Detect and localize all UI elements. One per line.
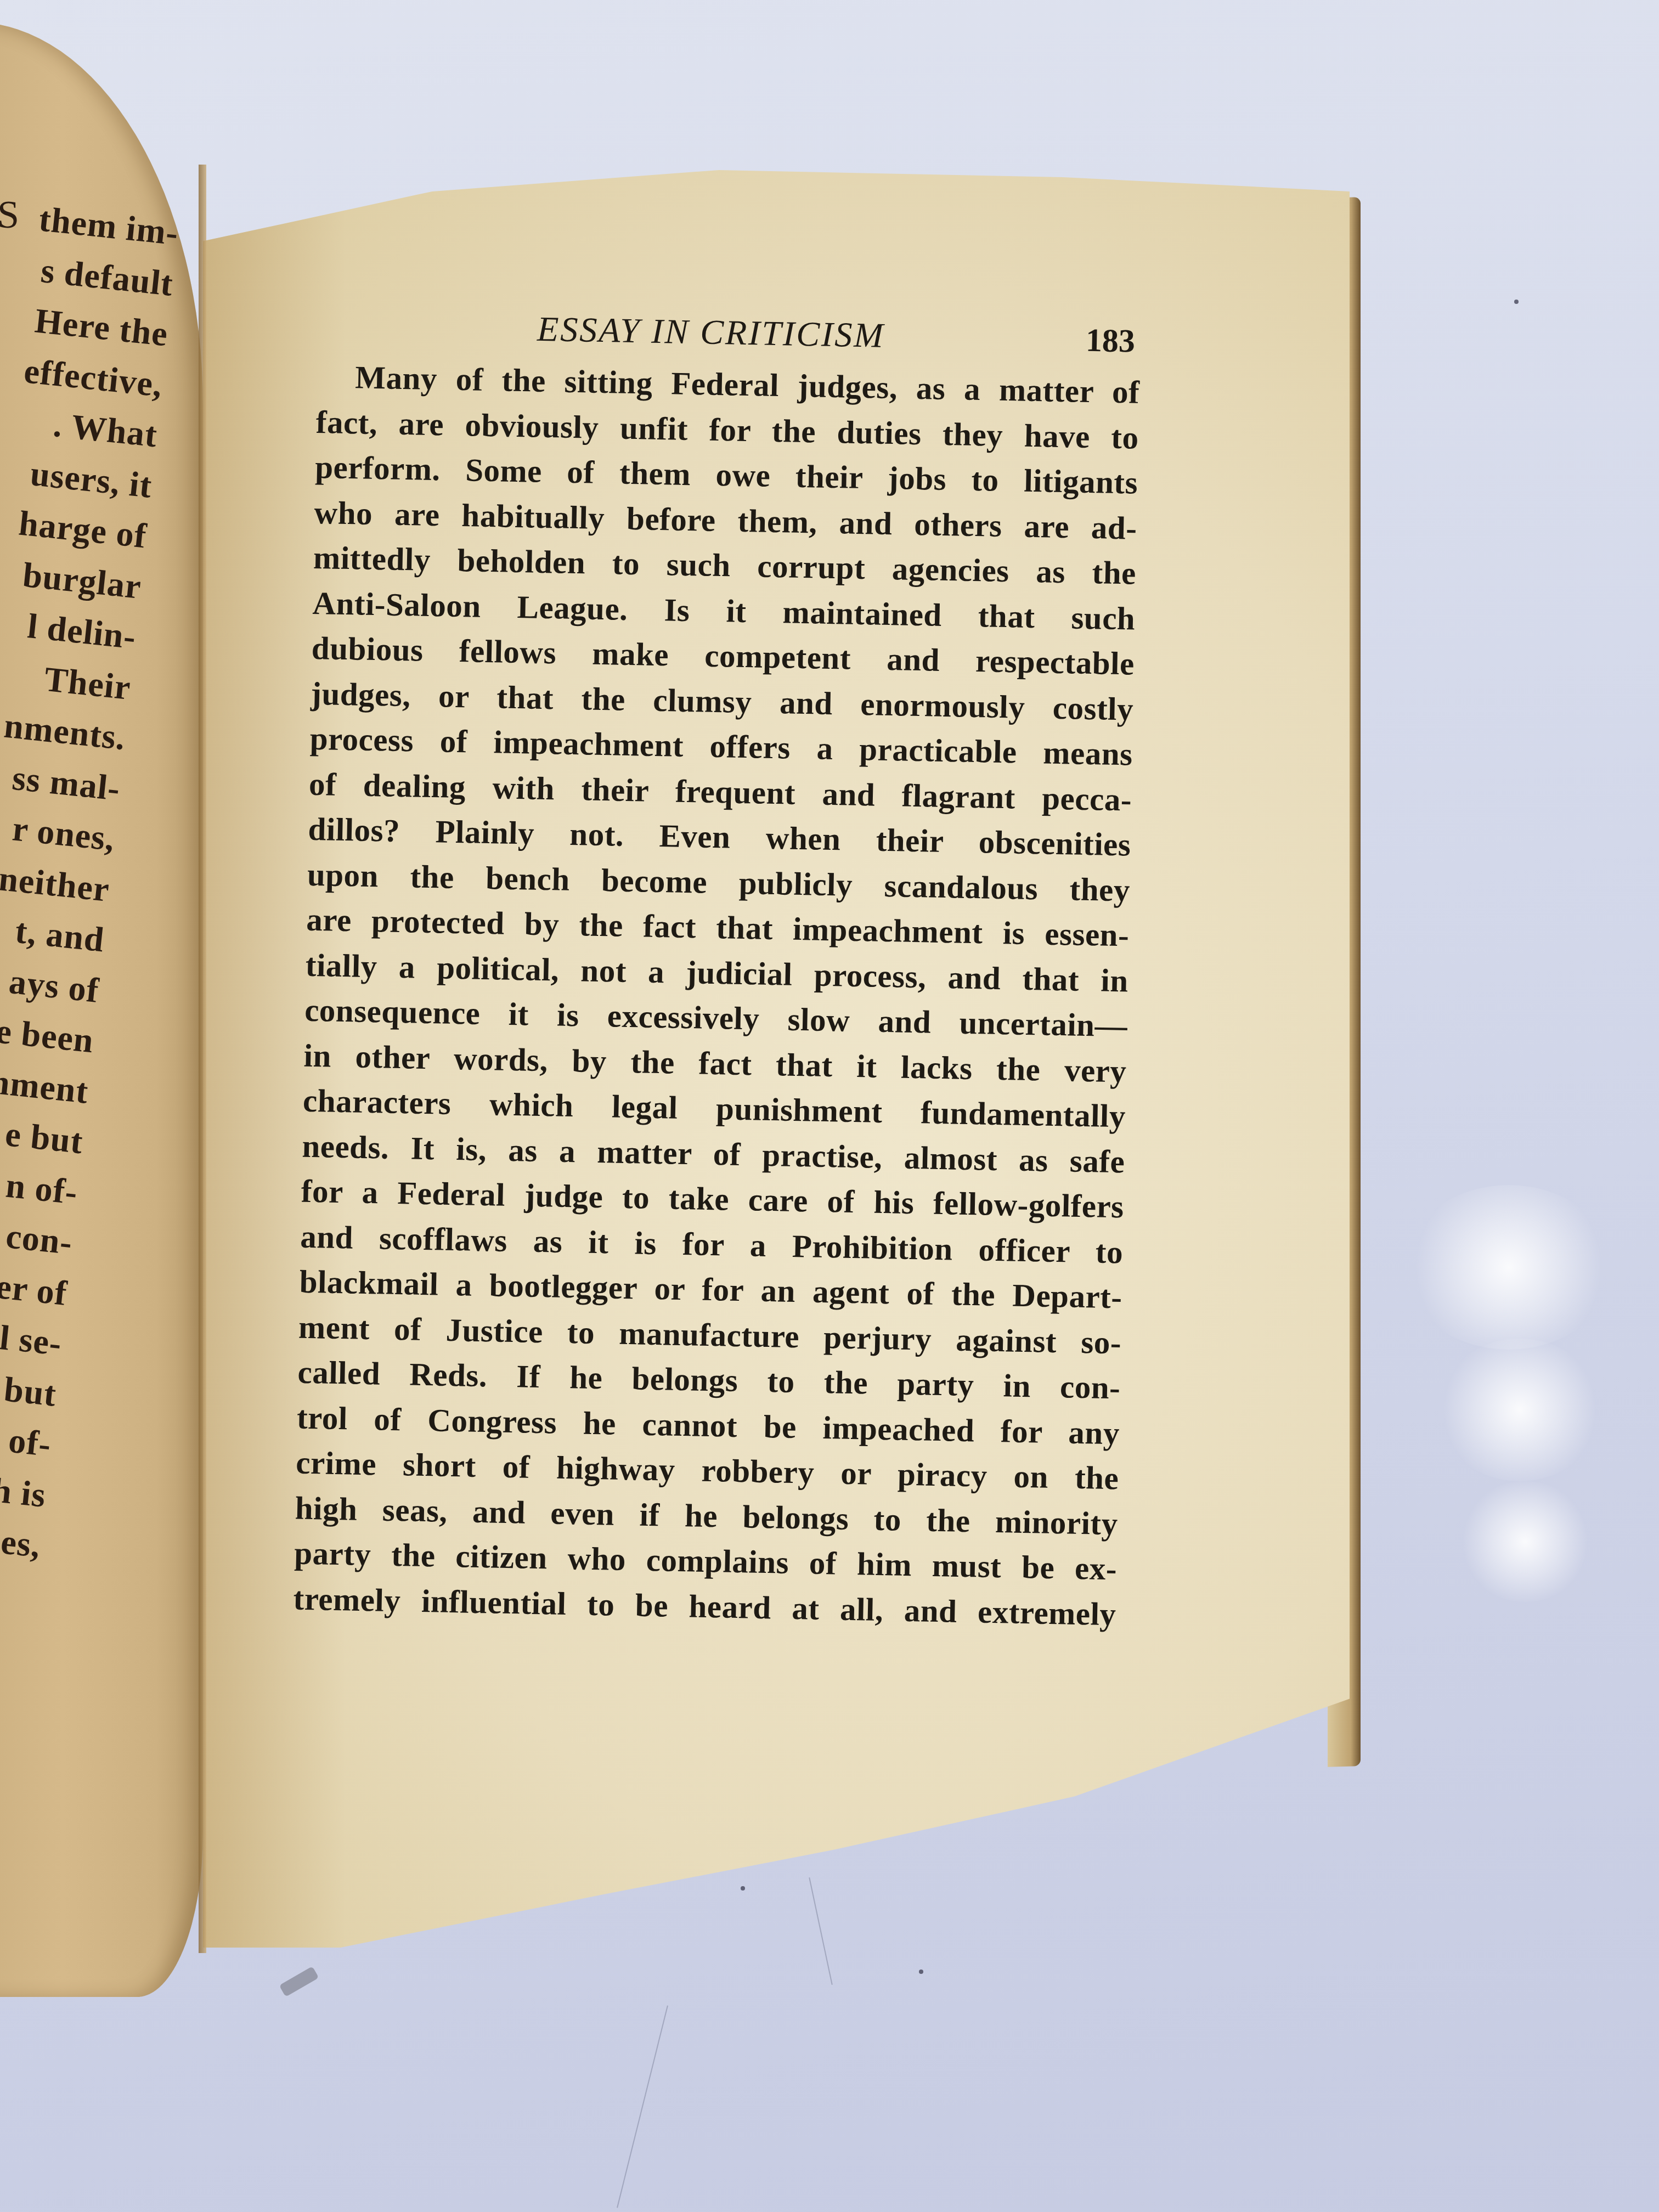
book-gutter bbox=[199, 165, 206, 1953]
light-glare bbox=[1404, 1185, 1613, 1350]
surface-scratch bbox=[617, 2005, 668, 2208]
running-title: ESSAY IN CRITICISM bbox=[537, 309, 885, 356]
light-glare bbox=[1459, 1481, 1591, 1602]
surface-scratch bbox=[809, 1877, 833, 1985]
pencil-mark bbox=[279, 1966, 319, 1997]
surface-speck bbox=[919, 1970, 923, 1974]
photo-scene: S them im- s default Here the effective,… bbox=[0, 0, 1659, 2212]
left-page-text: them im- s default Here the effective, .… bbox=[0, 190, 181, 1571]
body-text: Many of the sitting Federal judges, as a… bbox=[293, 354, 1140, 1637]
surface-speck bbox=[1514, 300, 1519, 304]
surface-speck bbox=[741, 1886, 745, 1891]
page-number: 183 bbox=[1085, 321, 1135, 360]
left-page: S them im- s default Here the effective,… bbox=[0, 22, 203, 1997]
light-glare bbox=[1437, 1339, 1602, 1481]
right-page-content: ESSAY IN CRITICISM 183 Many of the sitti… bbox=[293, 304, 1141, 1637]
